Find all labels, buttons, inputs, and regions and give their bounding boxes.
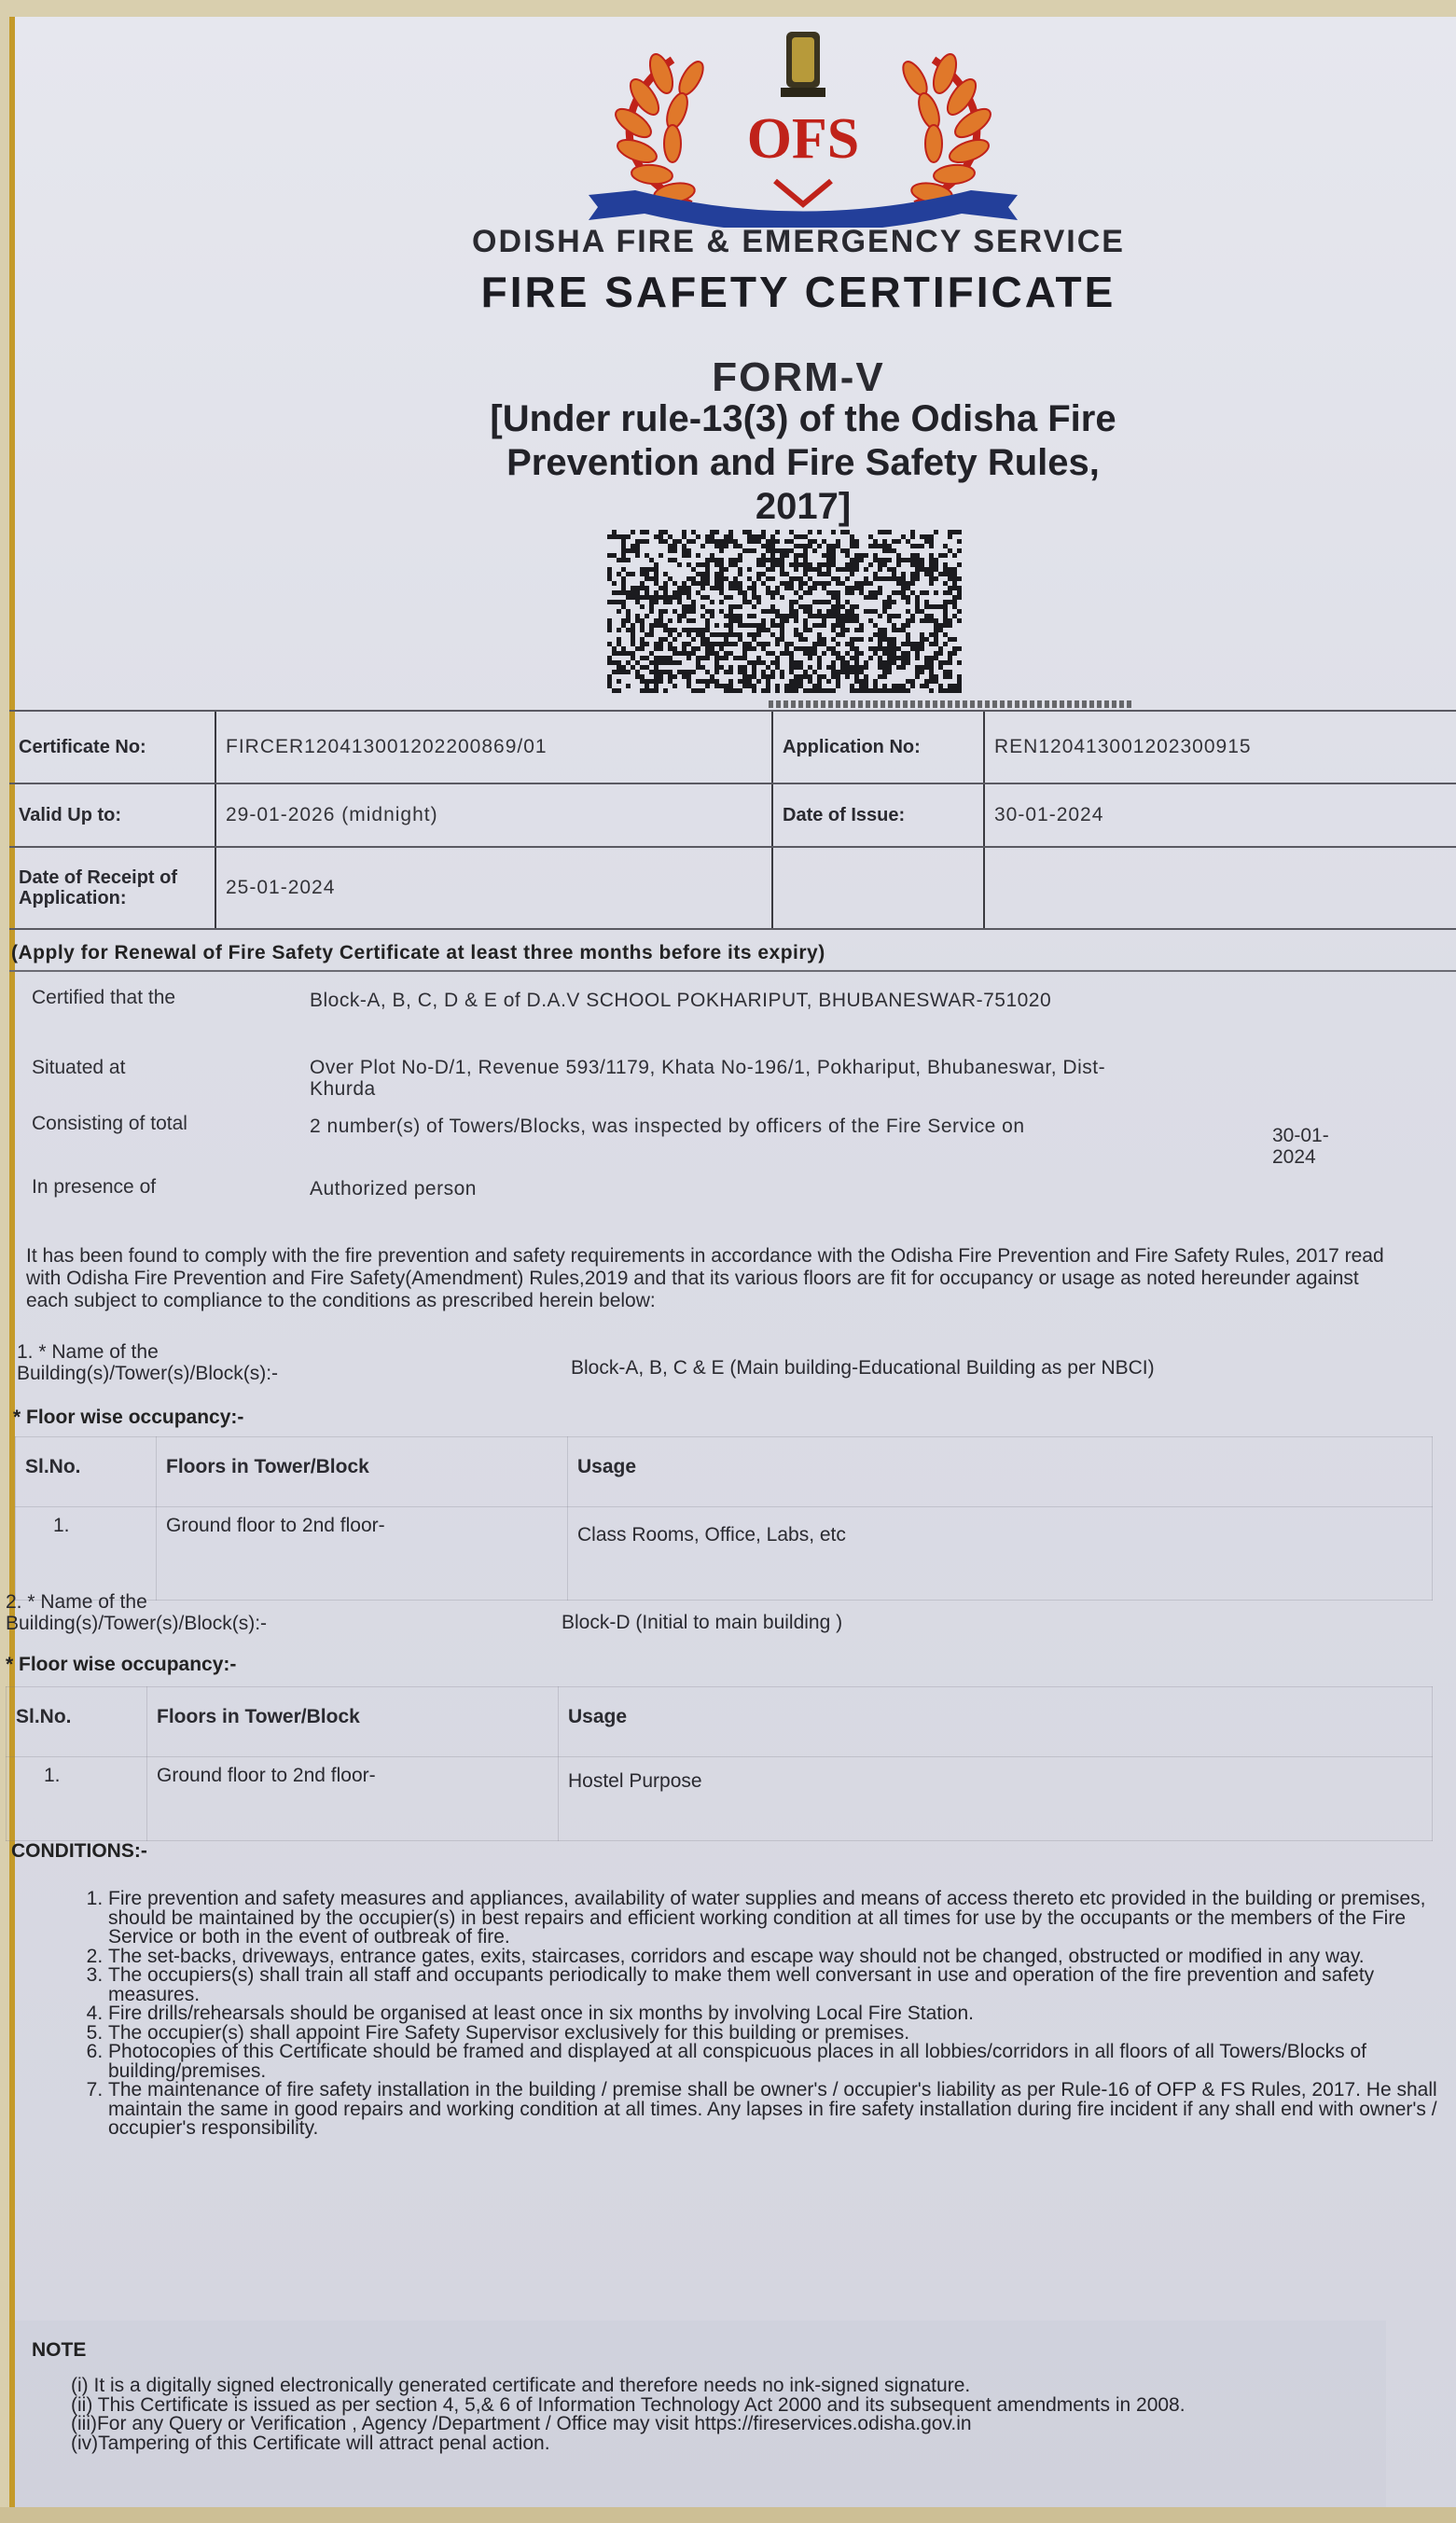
building-2-name: Block-D (Initial to main building ) [562,1612,1420,1633]
organization-name: ODISHA FIRE & EMERGENCY SERVICE [337,224,1260,260]
col-floors: Floors in Tower/Block [147,1687,559,1757]
row-usage: Class Rooms, Office, Labs, etc [568,1507,1433,1601]
condition-item: The maintenance of fire safety installat… [108,2081,1451,2139]
ashoka-emblem-icon [781,32,825,97]
qr-code [607,530,962,693]
situated-value: Over Plot No-D/1, Revenue 593/1179, Khat… [310,1057,1130,1100]
date-of-issue-label: Date of Issue: [772,783,984,847]
note-heading: NOTE [32,2339,86,2362]
rule-reference: [Under rule-13(3) of the Odisha Fire Pre… [276,397,1330,529]
building-2-occupancy-table: Sl.No. Floors in Tower/Block Usage 1. Gr… [6,1686,1433,1841]
situated-label: Situated at [32,1057,218,1078]
note-item: (iii)For any Query or Verification , Age… [71,2415,1377,2434]
condition-item: The occupier(s) shall appoint Fire Safet… [108,2024,1451,2044]
col-usage: Usage [568,1437,1433,1507]
date-of-issue-value: 30-01-2024 [984,783,1456,847]
ribbon-icon [589,181,1018,228]
wreath-left-icon [611,51,708,206]
rule-reference-line: [Under rule-13(3) of the Odisha Fire [276,397,1330,441]
note-item: (ii) This Certificate is issued as per s… [71,2396,1377,2416]
application-no-label: Application No: [772,711,984,783]
date-of-receipt-label: Date of Receipt of Application: [9,847,215,929]
conditions-list: Fire prevention and safety measures and … [62,1890,1451,2139]
form-title: FORM-V [519,354,1078,401]
compliance-paragraph: It has been found to comply with the fir… [26,1245,1397,1312]
building-1-occupancy-table: Sl.No. Floors in Tower/Block Usage 1. Gr… [15,1436,1433,1601]
frame-bottom-edge [0,2507,1456,2523]
presence-value: Authorized person [310,1178,1205,1199]
col-sl-no: Sl.No. [16,1437,157,1507]
certified-value: Block-A, B, C, D & E of D.A.V SCHOOL POK… [310,990,1075,1011]
note-item: (iv)Tampering of this Certificate will a… [71,2434,1377,2454]
wreath-right-icon [898,51,995,206]
certificate-page: OFS ODISHA FIRE & EMERGENCY SERVICE FIRE… [9,17,1456,2516]
renewal-note: (Apply for Renewal of Fire Safety Certif… [11,942,1317,964]
condition-item: Photocopies of this Certificate should b… [108,2043,1451,2081]
consisting-value: 2 number(s) of Towers/Blocks, was inspec… [310,1116,1177,1137]
condition-item: Fire drills/rehearsals should be organis… [108,2004,1451,2024]
valid-up-to-label: Valid Up to: [9,783,215,847]
certificate-no-label: Certificate No: [9,711,215,783]
row-sl-no: 1. [16,1507,157,1601]
presence-label: In presence of [32,1176,218,1198]
col-sl-no: Sl.No. [7,1687,147,1757]
valid-up-to-value: 29-01-2026 (midnight) [215,783,772,847]
row-floors: Ground floor to 2nd floor- [157,1507,568,1601]
ofs-emblem-logo: OFS [551,22,1055,228]
qr-caption-text [769,700,1132,708]
row-usage: Hostel Purpose [559,1757,1433,1841]
note-list: (i) It is a digitally signed electronica… [71,2377,1377,2453]
building-2-label: 2. * Name of the Building(s)/Tower(s)/Bl… [6,1591,285,1634]
empty-cell [772,847,984,929]
note-item: (i) It is a digitally signed electronica… [71,2377,1377,2396]
certified-label: Certified that the [32,987,218,1008]
consisting-label: Consisting of total [32,1113,228,1134]
building-1-name: Block-A, B, C & E (Main building-Educati… [571,1357,1410,1379]
condition-item: The occupiers(s) shall train all staff a… [108,1966,1451,2004]
col-usage: Usage [559,1687,1433,1757]
divider [9,970,1456,972]
certificate-title: FIRE SAFETY CERTIFICATE [337,267,1260,317]
inspection-date: 30-01-2024 [1272,1125,1347,1168]
col-floors: Floors in Tower/Block [157,1437,568,1507]
row-floors: Ground floor to 2nd floor- [147,1757,559,1841]
rule-reference-line: Prevention and Fire Safety Rules, [276,441,1330,485]
rule-reference-line: 2017] [276,485,1330,529]
building-1-label: 1. * Name of the Building(s)/Tower(s)/Bl… [17,1341,287,1384]
building-2-occupancy-heading: * Floor wise occupancy:- [6,1654,236,1676]
condition-item: The set-backs, driveways, entrance gates… [108,1948,1451,1967]
date-of-receipt-value: 25-01-2024 [215,847,772,929]
certificate-info-table: Certificate No: FIRCER120413001202200869… [9,710,1456,930]
certificate-no-value: FIRCER120413001202200869/01 [215,711,772,783]
building-1-occupancy-heading: * Floor wise occupancy:- [13,1407,243,1429]
ofs-logo-text: OFS [747,107,860,171]
condition-item: Fire prevention and safety measures and … [108,1890,1451,1948]
table-row: 1. Ground floor to 2nd floor- Class Room… [16,1507,1433,1601]
table-row: 1. Ground floor to 2nd floor- Hostel Pur… [7,1757,1433,1841]
application-no-value: REN120413001202300915 [984,711,1456,783]
conditions-heading: CONDITIONS:- [11,1840,147,1863]
empty-cell [984,847,1456,929]
row-sl-no: 1. [7,1757,147,1841]
